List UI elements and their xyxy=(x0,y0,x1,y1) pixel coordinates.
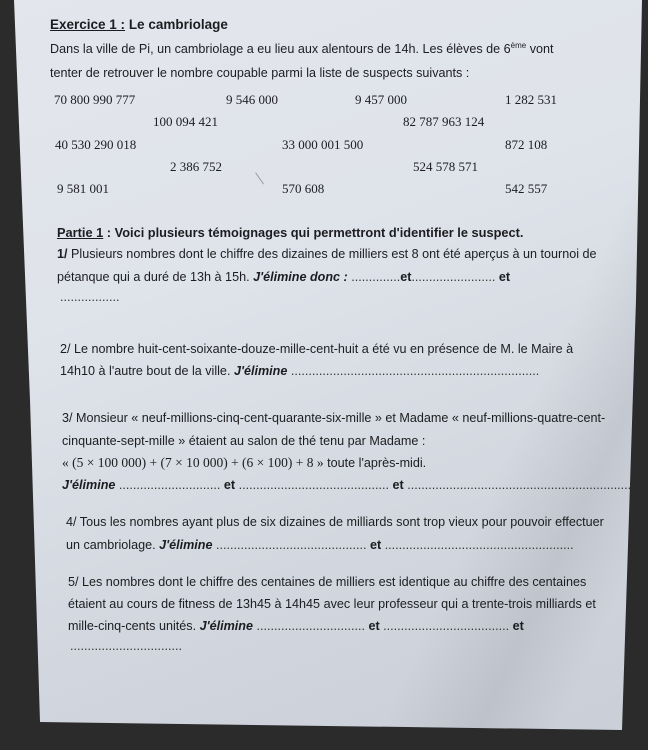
q5-text-3: mille-cinq-cents unités. xyxy=(68,619,200,633)
q3-math-expression: « (5 × 100 000) + (7 × 10 000) + (6 × 10… xyxy=(62,455,324,470)
suspect-number: 40 530 290 018 xyxy=(55,137,136,153)
q3-answer-blank-2[interactable]: ........................................… xyxy=(239,478,389,492)
exercise-title: Exercice 1 : Le cambriolage xyxy=(50,17,228,32)
suspect-number: 9 546 000 xyxy=(226,92,278,108)
suspect-number: 524 578 571 xyxy=(413,159,478,175)
suspect-number: 33 000 001 500 xyxy=(282,137,363,153)
q5-answer-blank-2[interactable]: .................................... xyxy=(383,619,509,633)
suspect-number: 570 608 xyxy=(282,181,324,197)
intro-line-1: Dans la ville de Pi, un cambriolage a eu… xyxy=(50,37,554,58)
suspect-number: 1 282 531 xyxy=(505,92,557,108)
q3-line-3: « (5 × 100 000) + (7 × 10 000) + (6 × 10… xyxy=(62,454,426,472)
partie-1-heading: Partie 1 : Voici plusieurs témoignages q… xyxy=(57,225,523,240)
q3-answer-blank-1[interactable]: ............................. xyxy=(115,478,220,492)
q5-line-3: mille-cinq-cents unités. J'élimine .....… xyxy=(68,617,524,635)
q5-line-2: étaient au cours de fitness de 13h45 à 1… xyxy=(68,595,596,613)
exercise-name: Le cambriolage xyxy=(125,17,228,32)
q3-answer-blank-3[interactable]: ........................................… xyxy=(407,478,631,492)
q3-line-4: J'élimine ............................. … xyxy=(62,476,631,494)
q2-answer-blank[interactable]: ........................................… xyxy=(287,364,539,378)
q4-answer-blank-1[interactable]: ........................................… xyxy=(213,538,367,552)
partie-1-text: : Voici plusieurs témoignages qui permet… xyxy=(103,225,523,240)
intro-superscript: ème xyxy=(511,41,527,50)
q1-line-1: 1/ Plusieurs nombres dont le chiffre des… xyxy=(57,245,597,263)
intro-text-b: vont xyxy=(526,42,553,56)
q5-answer-blank-3[interactable]: ................................ xyxy=(70,637,182,655)
intro-text-a: Dans la ville de Pi, un cambriolage a eu… xyxy=(50,42,511,56)
q1-answer-blank-2[interactable]: ........................ xyxy=(411,270,495,284)
q1-et-1: et xyxy=(400,270,411,284)
q1-answer-blank-3[interactable]: ................. xyxy=(60,288,119,306)
q1-elimine: J'élimine donc : xyxy=(253,270,348,284)
q3-et-1: et xyxy=(220,478,238,492)
exercise-label: Exercice 1 : xyxy=(50,17,125,32)
q5-answer-blank-1[interactable]: ............................... xyxy=(253,619,365,633)
q5-line-1: 5/ Les nombres dont le chiffre des centa… xyxy=(68,573,586,591)
suspect-number: 872 108 xyxy=(505,137,547,153)
q2-elimine: J'élimine xyxy=(234,364,287,378)
q3-et-2: et xyxy=(389,478,407,492)
suspect-number: 2 386 752 xyxy=(170,159,222,175)
q1-number: 1/ xyxy=(57,247,68,261)
q1-line-2: pétanque qui a duré de 13h à 15h. J'élim… xyxy=(57,268,510,286)
suspect-number: 82 787 963 124 xyxy=(403,114,484,130)
suspect-number: 100 094 421 xyxy=(153,114,218,130)
q1-text-1: Plusieurs nombres dont le chiffre des di… xyxy=(68,247,597,261)
suspect-number: 542 557 xyxy=(505,181,547,197)
q4-line-1: 4/ Tous les nombres ayant plus de six di… xyxy=(66,513,604,531)
q2-line-1: 2/ Le nombre huit-cent-soixante-douze-mi… xyxy=(60,340,573,358)
q4-elimine: J'élimine xyxy=(159,538,212,552)
q1-answer-blank-1[interactable]: .............. xyxy=(348,270,400,284)
q1-text-2: pétanque qui a duré de 13h à 15h. xyxy=(57,270,253,284)
q5-et-2: et xyxy=(509,619,524,633)
suspect-number: 70 800 990 777 xyxy=(54,92,135,108)
suspect-number: 9 581 001 xyxy=(57,181,109,197)
q3-line-1: 3/ Monsieur « neuf-millions-cinq-cent-qu… xyxy=(62,409,605,427)
q3-line-2: cinquante-sept-mille » étaient au salon … xyxy=(62,432,425,450)
suspect-number: 9 457 000 xyxy=(355,92,407,108)
partie-1-label: Partie 1 xyxy=(57,225,103,240)
q4-answer-blank-2[interactable]: ........................................… xyxy=(385,538,574,552)
q3-text-3: toute l'après-midi. xyxy=(324,456,427,470)
intro-line-2: tenter de retrouver le nombre coupable p… xyxy=(50,64,469,82)
q4-line-2: un cambriolage. J'élimine ..............… xyxy=(66,536,574,554)
q3-elimine: J'élimine xyxy=(62,478,115,492)
q2-line-2: 14h10 à l'autre bout de la ville. J'élim… xyxy=(60,362,539,380)
q2-text-2: 14h10 à l'autre bout de la ville. xyxy=(60,364,234,378)
q5-elimine: J'élimine xyxy=(200,619,253,633)
q4-et-1: et xyxy=(366,538,384,552)
q1-et-2: et xyxy=(495,270,510,284)
q5-et-1: et xyxy=(365,619,383,633)
q4-text-2: un cambriolage. xyxy=(66,538,159,552)
